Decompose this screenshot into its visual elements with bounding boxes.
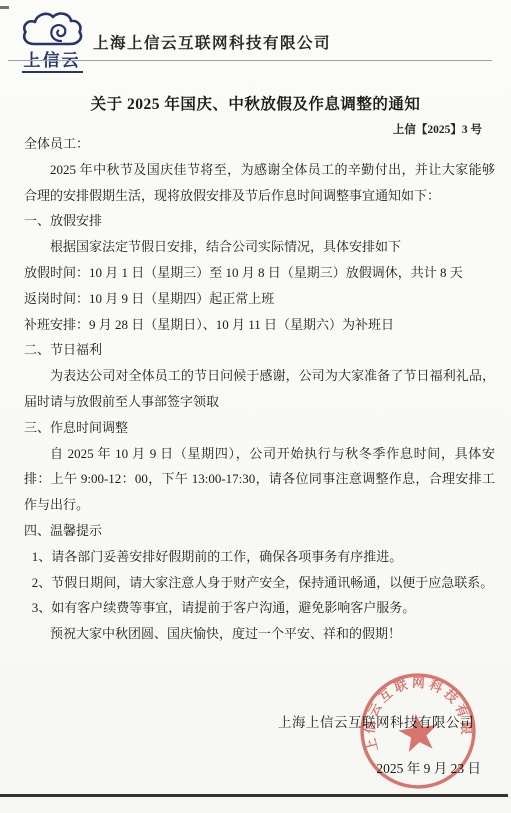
company-logo: 上信云 — [13, 10, 91, 73]
tip-item: 3、如有客户续费等事宜，请提前于客户沟通，避免影响客户服务。 — [24, 595, 495, 621]
intro-paragraph: 2025 年中秋节及国庆佳节将至，为感谢全体员工的辛勤付出，并让大家能够合理的安… — [24, 157, 495, 209]
cloud-logo-icon — [20, 10, 84, 52]
return-date-line: 返岗时间：10 月 9 日（星期四）起正常上班 — [24, 286, 495, 312]
header-divider — [8, 60, 492, 61]
notice-title: 关于 2025 年国庆、中秋放假及作息调整的通知 — [0, 92, 511, 114]
bottom-divider — [0, 794, 508, 797]
company-name-header: 上海上信云互联网科技有限公司 — [93, 31, 331, 53]
section-heading: 二、节日福利 — [24, 337, 495, 363]
holiday-dates-line: 放假时间：10 月 1 日（星期三）至 10 月 8 日（星期三）放假调休，共计… — [24, 260, 495, 286]
section-heading: 四、温馨提示 — [24, 518, 495, 544]
scanned-notice-page: 上信云 上海上信云互联网科技有限公司 关于 2025 年国庆、中秋放假及作息调整… — [0, 0, 511, 813]
tip-item: 2、节假日期间，请大家注意人身于财产安全，保持通讯畅通，以便于应急联系。 — [24, 570, 495, 596]
company-seal-stamp: 上海上信云互联网科技有限公司 — [349, 662, 487, 800]
section-heading: 一、放假安排 — [24, 208, 495, 234]
section-paragraph: 自 2025 年 10 月 9 日（星期四），公司开始执行与秋冬季作息时间，具体… — [24, 441, 495, 518]
tip-item: 1、请各部门妥善安排好假期前的工作，确保各项事务有序推进。 — [24, 544, 495, 570]
makeup-workday-line: 补班安排：9 月 28 日（星期日）、10 月 11 日（星期六）为补班日 — [24, 312, 495, 338]
section-heading: 三、作息时间调整 — [24, 415, 495, 441]
scan-artifact — [0, 6, 9, 9]
salutation: 全体员工： — [24, 131, 495, 157]
section-paragraph: 为表达公司对全体员工的节日问候于感谢，公司为大家准备了节日福利礼品，届时请与放假… — [24, 363, 495, 415]
notice-body: 全体员工： 2025 年中秋节及国庆佳节将至，为感谢全体员工的辛勤付出，并让大家… — [24, 131, 495, 647]
seal-star-icon — [396, 711, 439, 753]
closing-wish: 预祝大家中秋团圆、国庆愉快，度过一个平安、祥和的假期！ — [24, 621, 495, 647]
section-paragraph: 根据国家法定节假日安排，结合公司实际情况，具体安排如下 — [24, 234, 495, 260]
logo-wordmark: 上信云 — [22, 52, 83, 73]
